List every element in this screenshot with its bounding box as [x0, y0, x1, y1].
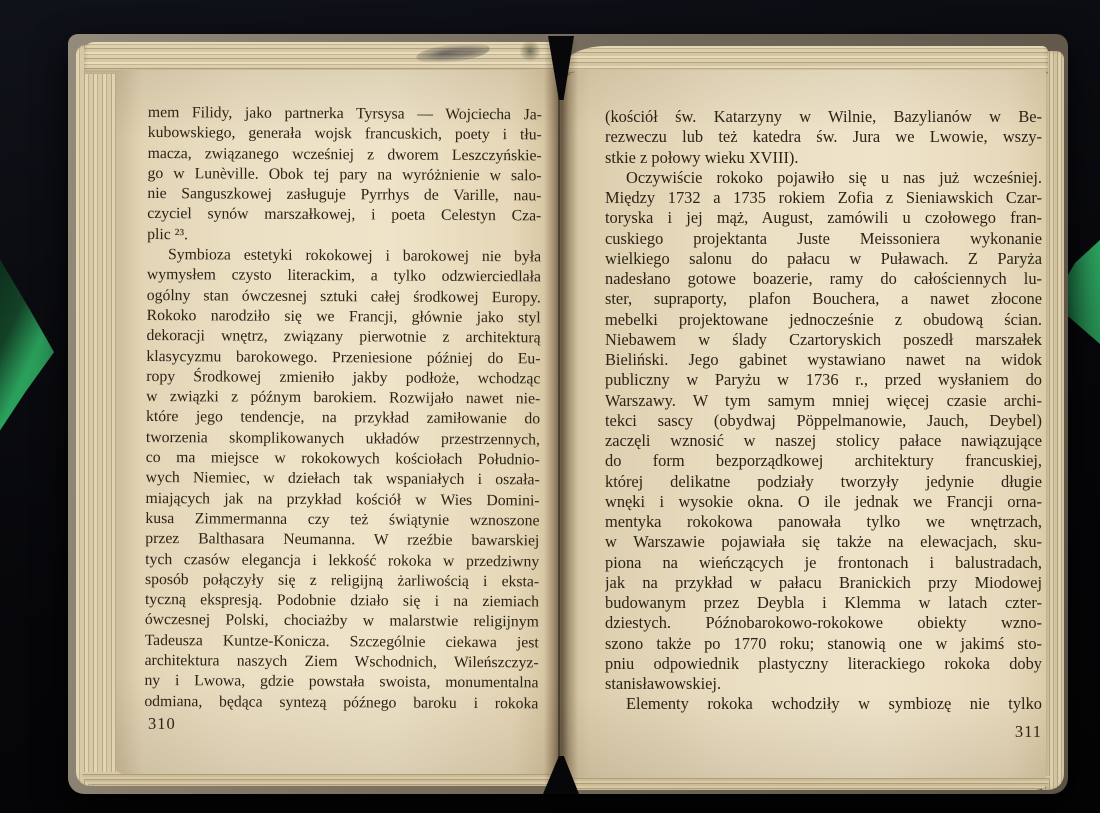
text-line: wielkiego salonu do pałacu w Puławach. Z…: [605, 249, 1042, 269]
text-line: plic ²³.: [147, 225, 541, 248]
text-line: go w Lunèville. Obok tej pary na wyróżni…: [148, 164, 542, 187]
text-line: ogólny stan ówczesnej sztuki całej środk…: [147, 286, 541, 309]
right-page-bottom-edges: [560, 776, 1050, 790]
text-line: zaczęli wznosić w naszej stolicy pałace …: [605, 431, 1042, 451]
text-line: jak na przykład w pałacu Branickich przy…: [605, 573, 1042, 593]
text-line: ówczesnej Polski, chociażby w malarstwie…: [145, 610, 539, 633]
text-line: wych Niemiec, w dziełach tak wspaniałych…: [146, 468, 540, 491]
text-line: odmiana, będąca syntezą późnego baroku i…: [144, 692, 538, 715]
text-line: w związki z późnym barokiem. Rozwijało n…: [146, 387, 540, 410]
text-line: Oczywiście rokoko pojawiło się u nas już…: [605, 168, 1042, 188]
text-line: dziestych. Późnobarokowo-rokokowe obiekt…: [605, 613, 1042, 633]
text-line: pniu odpowiednik plastyczny literackiego…: [605, 654, 1042, 674]
text-line: Tadeusza Kuntze-Konicza. Szczególnie cie…: [145, 631, 539, 654]
text-line: publiczny w Paryżu w 1736 r., przed wysł…: [605, 370, 1042, 390]
text-line: stanisławowskiej.: [605, 674, 1042, 694]
page-number-left: 310: [148, 714, 176, 734]
text-line: nie Sanguszkowej zasługuje Pyrrhys de Va…: [147, 184, 541, 207]
text-line: do form bezporządkowej architektury fran…: [605, 451, 1042, 471]
text-line: Elementy rokoka wchodziły w symbiozę nie…: [605, 694, 1042, 714]
text-line: nadesłano gotowe boazerie, ramy do całoś…: [605, 269, 1042, 289]
text-line: dekoracji wnętrz, związany pierwotnie z …: [147, 326, 541, 349]
text-line: Bieliński. Jego gabinet wystawiano nawet…: [605, 350, 1042, 370]
text-line: czyciel synów marszałkowej, i poeta Cele…: [147, 204, 541, 227]
text-line: mentyka rokokowa panowała tylko we wnętr…: [605, 512, 1042, 532]
text-line: piona na wieńczących je frontonach i bal…: [605, 553, 1042, 573]
text-line: ny i Lwowa, gdzie powstała swoista, monu…: [144, 671, 538, 694]
text-line: budowanym przez Deybla i Klemma w latach…: [605, 593, 1042, 613]
text-line: mebelki projektowane jednocześnie z obud…: [605, 310, 1042, 330]
text-line: w Warszawie pojawiała się także na elewa…: [605, 532, 1042, 552]
text-line: macza, związanego wcześniej z dworem Les…: [148, 144, 542, 167]
text-line: klasycyzmu barokowego. Przeniesione późn…: [146, 347, 540, 370]
text-line: (kościół św. Katarzyny w Wilnie, Bazylia…: [605, 107, 1042, 127]
photo-background: mem Filidy, jako partnerka Tyrsysa — Woj…: [0, 0, 1100, 813]
text-line: architektura naszych Ziem Wschodnich, Wi…: [145, 651, 539, 674]
text-line: tych czasów elegancja i lekkość rokoka w…: [145, 550, 539, 573]
spine-gutter-shadow: [544, 40, 578, 792]
text-line: sposób połączyły się z religijną żarliwo…: [145, 570, 539, 593]
text-line: co ma miejsce w rokokowych kościołach Po…: [146, 448, 540, 471]
text-line: cuskiego projektanta Juste Meissoniera w…: [605, 229, 1042, 249]
text-line: Warszawy. W tym samym mniej więcej czasi…: [605, 391, 1042, 411]
text-line: kusa Zimmermanna czy też świątynie wznos…: [145, 509, 539, 532]
text-line: kubowskiego, generała wojsk francuskich,…: [148, 123, 542, 146]
text-line: Niebawem w ślady Czartoryskich poszedł m…: [605, 330, 1042, 350]
text-line: Symbioza estetyki rokokowej i barokowej …: [147, 245, 541, 268]
green-cloth-left: [0, 256, 54, 434]
text-line: miających jak na przykład kościół w Wies…: [146, 489, 540, 512]
text-line: które jego tendencje, na przykład zamiło…: [146, 407, 540, 430]
text-line: stkie z połowy wieku XVIII).: [605, 148, 1042, 168]
text-line: Rokoko narodziło się we Francji, głównie…: [147, 306, 541, 329]
left-page-bottom-edges: [82, 772, 558, 786]
text-line: wymysłem czysto literackim, a tylko odzw…: [147, 265, 541, 288]
text-line: wnęki i wysokie okna. O ile jednak we Fr…: [605, 492, 1042, 512]
text-line: ster, supraporty, plafon Bouchera, a naw…: [605, 289, 1042, 309]
text-line: Między 1732 a 1735 rokiem Zofia z Sienia…: [605, 188, 1042, 208]
text-line: tekci sascy (obydwaj Pöppelmanowie, Jauc…: [605, 411, 1042, 431]
text-line: której delikatne podziały tworzyły jedyn…: [605, 472, 1042, 492]
text-line: toryska i jej mąż, August, zamówili u cz…: [605, 208, 1042, 228]
text-line: szono także po 1770 roku; stanowią one w…: [605, 634, 1042, 654]
text-line: przez Balthasara Neumanna. W rzeźbie baw…: [145, 529, 539, 552]
page-number-right: 311: [605, 722, 1042, 742]
text-line: tworzenia skomplikowanych układów przest…: [146, 428, 540, 451]
text-line: tyczną ekspresją. Podobnie działo się i …: [145, 590, 539, 613]
left-page-text: mem Filidy, jako partnerka Tyrsysa — Woj…: [144, 103, 542, 714]
right-page-text: (kościół św. Katarzyny w Wilnie, Bazylia…: [605, 107, 1042, 715]
text-line: ropy Środkowej zmieniło jakby podłoże, w…: [146, 367, 540, 390]
text-line: mem Filidy, jako partnerka Tyrsysa — Woj…: [148, 103, 542, 126]
text-line: rezweczu lub też katedra św. Jura we Lwo…: [605, 127, 1042, 147]
